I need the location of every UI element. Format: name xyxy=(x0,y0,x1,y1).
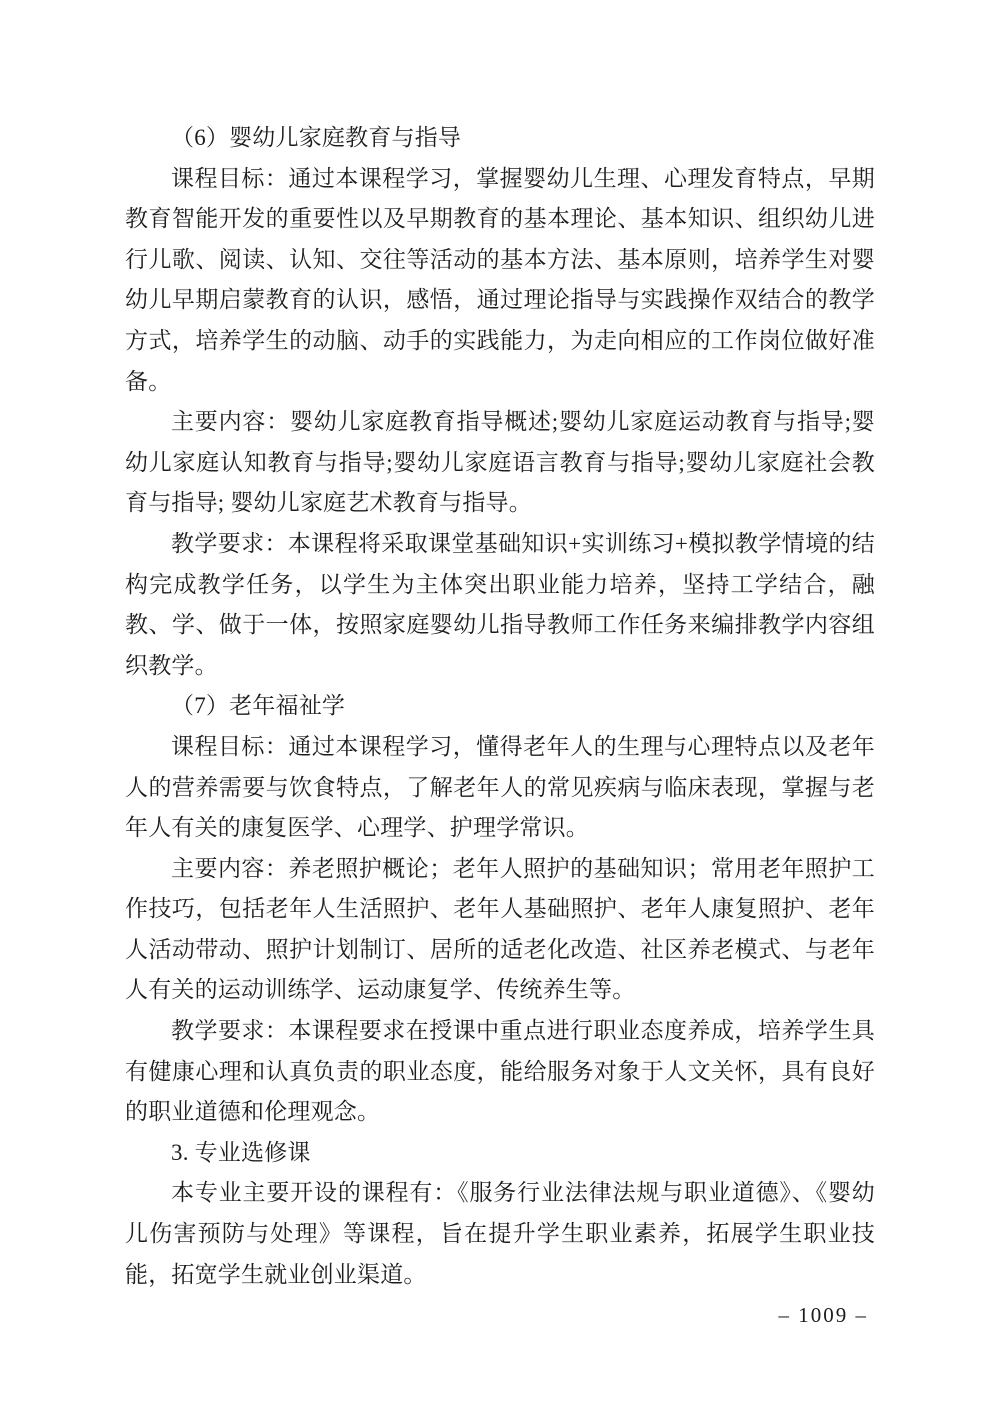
paragraph-main-content-6: 主要内容：婴幼儿家庭教育指导概述;婴幼儿家庭运动教育与指导;婴幼儿家庭认知教育与… xyxy=(125,402,875,524)
section-heading-elective-courses: 3. 专业选修课 xyxy=(125,1133,875,1174)
page-number: – 1009 – xyxy=(779,1301,869,1329)
paragraph-teaching-requirements-6: 教学要求：本课程将采取课堂基础知识+实训练习+模拟教学情境的结构完成教学任务，以… xyxy=(125,524,875,686)
paragraph-teaching-requirements-7: 教学要求：本课程要求在授课中重点进行职业态度养成，培养学生具有健康心理和认真负责… xyxy=(125,1011,875,1133)
paragraph-main-content-7: 主要内容：养老照护概论；老年人照护的基础知识；常用老年照护工作技巧，包括老年人生… xyxy=(125,849,875,1011)
document-page: （6）婴幼儿家庭教育与指导 课程目标：通过本课程学习，掌握婴幼儿生理、心理发育特… xyxy=(0,0,1000,1414)
paragraph-course-objectives-6: 课程目标：通过本课程学习，掌握婴幼儿生理、心理发育特点，早期教育智能开发的重要性… xyxy=(125,159,875,403)
paragraph-course-objectives-7: 课程目标：通过本课程学习，懂得老年人的生理与心理特点以及老年人的营养需要与饮食特… xyxy=(125,727,875,849)
section-heading-elderly-welfare: （7）老年福祉学 xyxy=(125,686,875,727)
paragraph-elective-courses: 本专业主要开设的课程有：《服务行业法律法规与职业道德》、《婴幼儿伤害预防与处理》… xyxy=(125,1173,875,1295)
section-heading-infant-family-education: （6）婴幼儿家庭教育与指导 xyxy=(125,118,875,159)
